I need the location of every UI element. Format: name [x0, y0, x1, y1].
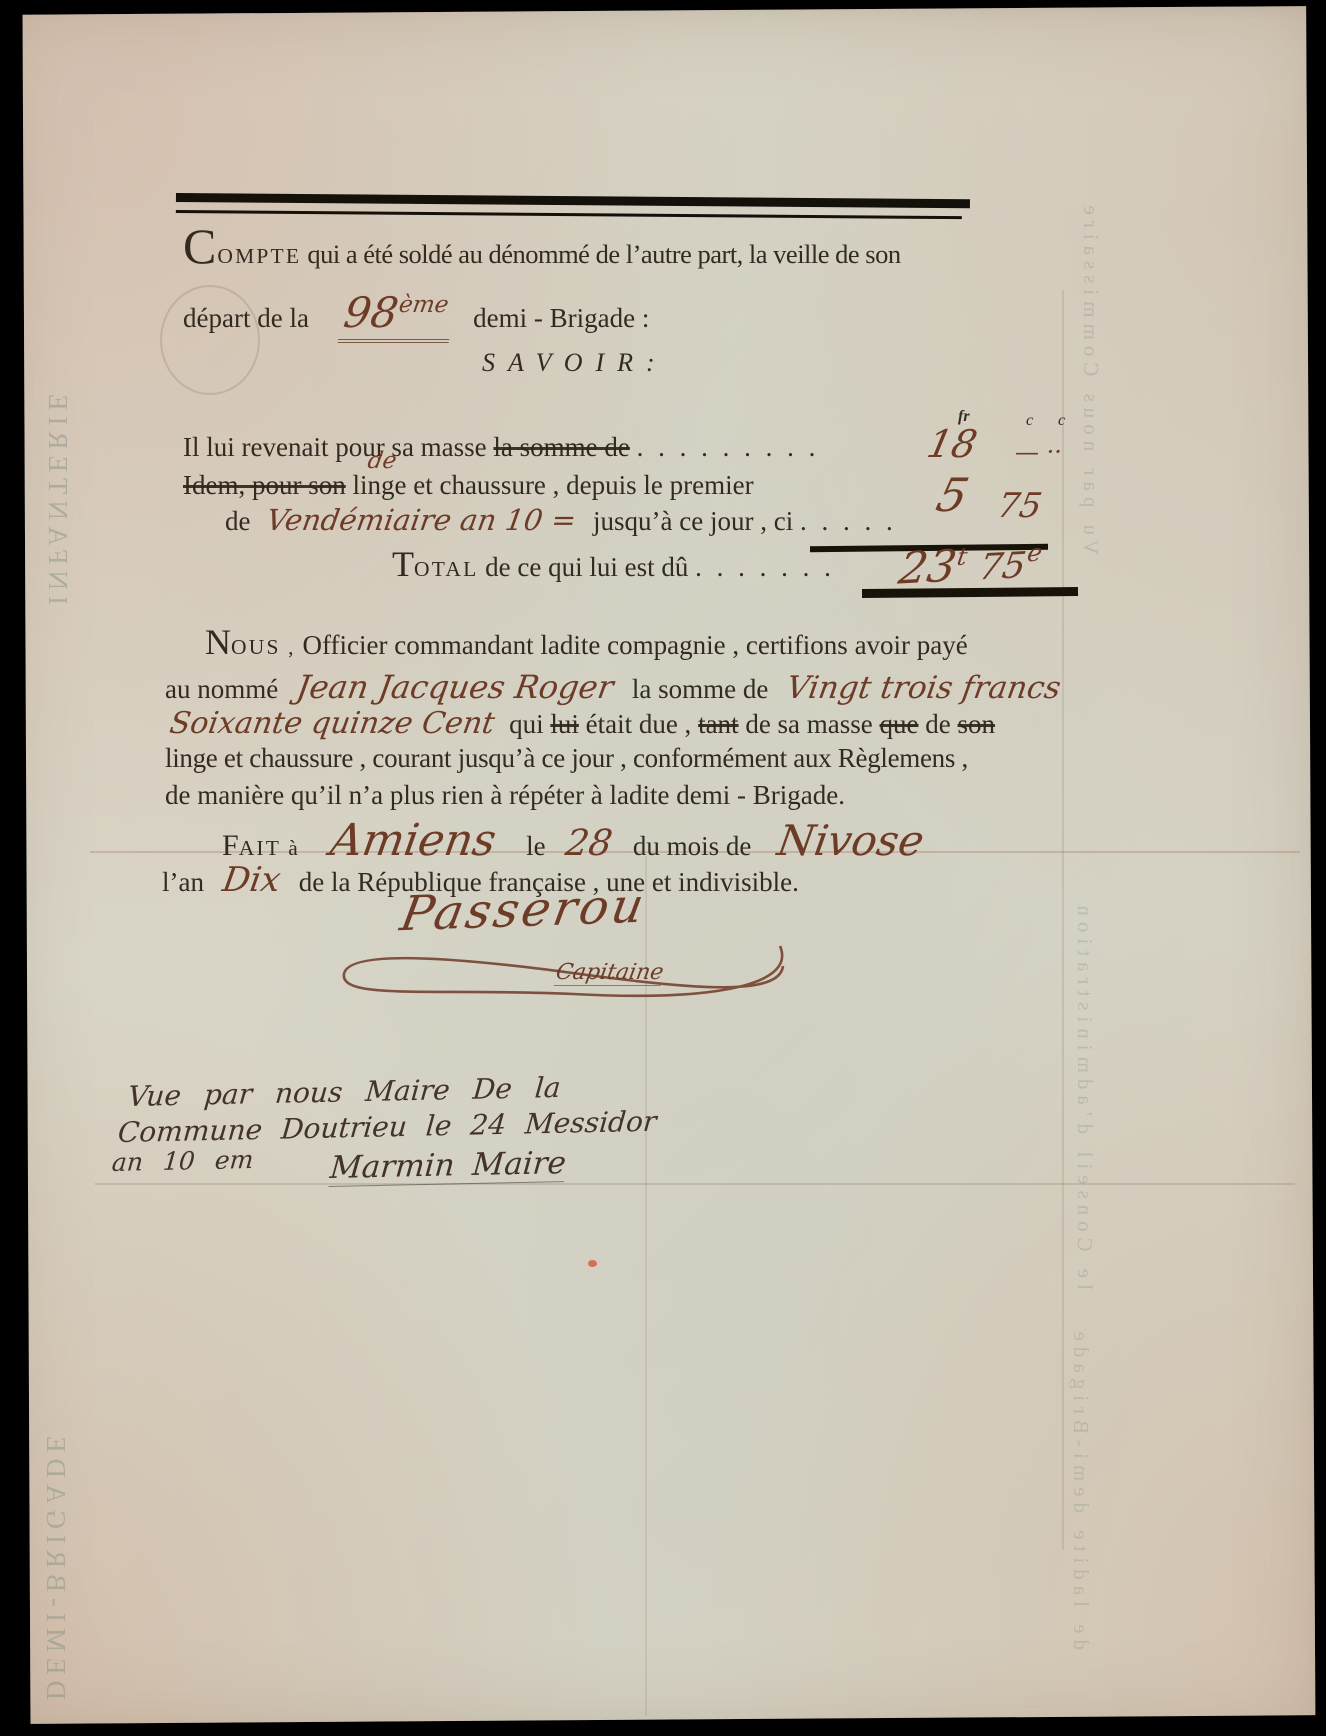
account-row-1: Il lui revenait pour sa masse la somme d… [183, 432, 819, 463]
showthrough-left-bottom: DEMI-BRIGADE [40, 1340, 71, 1700]
handwritten-date-start: Vendémiaire an 10 = [265, 503, 579, 537]
certification-line-2: au nommé Jean Jacques Roger la somme de … [165, 668, 1061, 706]
amount-row-3-centimes: 75 [994, 486, 1044, 526]
struck-text: lui [550, 709, 579, 739]
showthrough-right-bottom: de ladite demi-Brigade [1068, 1300, 1093, 1650]
showthrough-left-top: INFANTERIE [42, 275, 73, 605]
struck-text: tant [698, 709, 739, 739]
document-photo: INFANTERIE DEMI-BRIGADE Vu par nous Comm… [0, 0, 1326, 1736]
account-row-2: Idem, pour son linge et chaussure , depu… [183, 470, 754, 501]
officer-title: Capitaine [554, 960, 666, 986]
struck-text: que [880, 709, 919, 739]
certification-line-3: Soixante quinze Cent qui lui était due ,… [170, 706, 995, 741]
showthrough-right-top: Vu par nous Commissaire [1078, 195, 1103, 555]
certification-line-5: de manière qu’il n’a plus rien à répéter… [165, 780, 845, 811]
mayor-note-line-3: an 10 em [111, 1145, 255, 1177]
handwritten-day: 28 [563, 823, 615, 864]
handwritten-unit-number: 98ème [337, 288, 456, 343]
certification-line-1: NOUS , Officier commandant ladite compag… [205, 630, 968, 661]
handwritten-soldier-name: Jean Jacques Roger [294, 668, 616, 706]
dateline-1: FAIT à Amiens le 28 du mois de Nivose [222, 815, 924, 866]
handwritten-year: Dix [220, 860, 284, 900]
amount-row-1-francs: 18 [923, 422, 981, 466]
column-header-centimes-1: c [1026, 412, 1033, 430]
struck-text: Idem, pour son [183, 470, 346, 500]
handwritten-place: Amiens [327, 815, 500, 866]
drop-cap-c: C [183, 218, 217, 274]
header-line-1: COMPTE qui a été soldé au dénommé de l’a… [183, 239, 901, 270]
struck-text: son [958, 709, 996, 739]
total-underline [862, 587, 1078, 598]
total-line: TOTAL de ce qui lui est dû . . . . . . . [392, 552, 835, 583]
mayor-signature: Marmin Maire [328, 1145, 567, 1187]
handwritten-insert-de: de [366, 448, 399, 474]
savoir-heading: SAVOIR: [482, 348, 668, 378]
certification-line-4: linge et chaussure , courant jusqu’à ce … [165, 743, 968, 774]
showthrough-right-mid: le Conseil d’administration [1072, 860, 1097, 1290]
header-line-2: départ de la 98ème demi - Brigade : [183, 288, 649, 343]
column-header-centimes-2: c [1058, 412, 1065, 430]
handwritten-amount-words-2: Soixante quinze Cent [167, 706, 497, 741]
amount-row-1-centimes: — ·· [1015, 438, 1062, 466]
handwritten-amount-words: Vingt trois francs [784, 670, 1063, 706]
account-row-3: de Vendémiaire an 10 = jusqu’à ce jour ,… [225, 503, 897, 537]
total-amount: 23t 75e [895, 536, 1044, 594]
struck-text: la somme de [493, 432, 629, 462]
handwritten-month: Nivose [774, 816, 927, 865]
